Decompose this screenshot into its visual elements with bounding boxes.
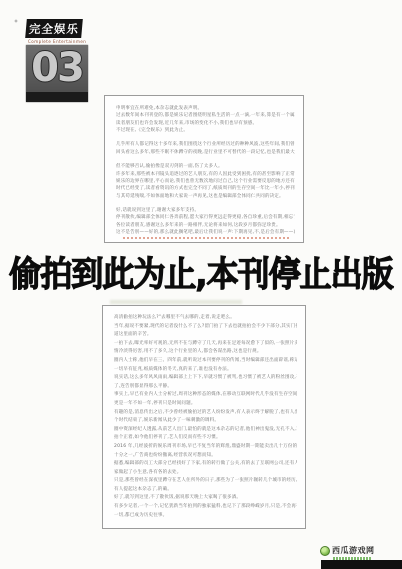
text-line: 不过现在,《完全娱乐》到此为止。 — [116, 127, 295, 134]
text-line: 读者朋友们也许会发现,近几年来,市场的变化不小,我们也早有预感。 — [116, 120, 295, 127]
corner-speck — [14, 19, 18, 23]
scanned-statement-page: 申明事宜在所难免,本杂志就此发表声明。过去数年间本刊刊登的,都是娱乐记者围绕明星… — [104, 95, 304, 243]
text-line: 当年,据说不要紧,现代的记者没什么不了么?留门拍了下去也就拍拍会不少下部分,其实… — [114, 323, 297, 332]
text-line: 更是一年不如一年,停刊只是时间问题。 — [114, 400, 297, 409]
issue-number: 03 — [26, 45, 88, 91]
site-watermark: 西瓜游戏网 — [320, 545, 402, 569]
text-line: 说实话,这么多年风风雨雨,编辑部上上下下,早就习惯了被骂,也习惯了被艺人的粉丝围… — [114, 374, 297, 383]
text-line: 个时代结束了,娱乐新闻从此少了一味刺激的调料。 — [114, 417, 297, 426]
text-line: 2016 年,几经波折的娱乐周刊市场,早已不复当年的辉煌,鼎盛时期一期能卖出几十… — [114, 443, 297, 452]
magazine-subtitle: Complete Entertainment — [28, 39, 86, 44]
text-line: 了,连告别都显得那么平静。 — [114, 383, 297, 392]
magazine-title: 完全娱乐 — [25, 19, 83, 38]
text-line: 有趣的是,消息传出之后,不少曾经被偷拍过的艺人纷纷发声,有人表示终于解脱了,也有… — [114, 409, 297, 418]
watermark-black-bar — [321, 560, 402, 569]
text-line: 十分之一,广告商也纷纷撤离,经营状况可想而知。 — [114, 452, 297, 461]
text-line — [116, 200, 295, 207]
text-line — [116, 156, 295, 163]
text-line: 事实上,早已有业内人士分析过,周刊这种形态的媒体,在移动互联网时代几乎没有生存空… — [114, 391, 297, 400]
text-line: 一切,都已成为历史往事。 — [114, 512, 297, 521]
text-line: 停刊散伙,编辑部全体同仁各奔前程,愿大家行得更远走得更稳,各自珍重,后会有期,相… — [116, 214, 295, 221]
text-line: 情冷淡得厉害,用不了多久,这个行业里的人,都会各谋出路,这也是行规。 — [114, 348, 297, 357]
text-line: 时代已经变了,读者看资讯的方式也完全不同了,纸质周刊的生存空间一年比一年小,停刊… — [116, 185, 295, 192]
magazine-logo: 完全娱乐 Complete Entertainment 03 — [26, 18, 90, 102]
text-line: 几乎所有人都记得这十多年来,我们围绕这个行业所经历过的种种风波,这些年间,我们曾… — [116, 141, 295, 148]
text-line: 但不能够否认,偷拍像是双刃剑的一面,伤了太多人。 — [116, 163, 295, 170]
text-line: 许多年来,那些被本刊镜头追逐过的艺人朋友,有的人因此受到困扰,有的甚至影响了正常… — [116, 171, 295, 178]
statement-text-lines: 申明事宜在所难免,本杂志就此发表声明。过去数年间本刊刊登的,都是娱乐记者围绕明星… — [116, 105, 295, 236]
red-dotted-footer-line — [123, 237, 289, 239]
text-line: 一拍下去,曝光率好可观的,无所不在与蹲守了几天,再来在足迹每况愈下了似的,一张照… — [114, 340, 297, 349]
text-line: 好,话就说到这里了,谢谢大家多年支持。 — [116, 207, 295, 214]
text-line: 过去数年间本刊刊登的,都是娱乐记者围绕明星私生活的一点一滴,一年来,算是有一个属… — [116, 112, 295, 119]
text-line: 据悉,编辑部的员工大部分已经找好了下家,有的转行做了公关,有的去了互联网公司,还… — [114, 460, 297, 469]
text-line: 这不是告别——好的,那么就此搁笔吧,最后让我们说一声:下期再见,不,是后会有期—… — [116, 229, 295, 236]
text-line: 回头看这么多年,那些不眠不休蹲守的夜晚,是行业里不可替代的一段记忆,也是我们最大… — [116, 149, 295, 156]
page-headline: 偷拍到此为止,本刊停止出版 — [0, 247, 402, 297]
text-line: 娱乐的边界在哪里,平心而论,我们也曾无数次地问过自己,这个行业需要反思的地方还有… — [116, 178, 295, 185]
text-line: 高清偷拍这种玩法么?"去哪里不气去哪的,走着,说走吧么。 — [114, 314, 297, 323]
issue-number-box: 03 — [26, 45, 88, 102]
text-line: 好了,就写到这里,不了散伙饭,据说那天晚上大家喝了很多酒。 — [114, 494, 297, 503]
text-line: 道这里面的辛苦。 — [114, 331, 297, 340]
watermark-leaf-icon — [320, 546, 330, 556]
article-text-lines: 高清偷拍这种玩法么?"去哪里不气去哪的,走着,说走吧么。当年,据说不要紧,现代的… — [114, 314, 297, 520]
text-line: 圈中资深经纪人透露,从前艺人出门,最怕的就是这本杂志的记者,他们神出鬼没,无孔不… — [114, 426, 297, 435]
text-line: 与其苟延残喘,不如体面地和大家说一声再见,这也是编辑部全体同仁共同的决定。 — [116, 193, 295, 200]
text-line: 只是,那些曾经在深夜里蹲守在艺人住所外的日子,那些为了一张照片辗转几个城市的经历… — [114, 477, 297, 486]
text-line: 拍个正着,如今他们停刊了,艺人们反而有些不习惯。 — [114, 434, 297, 443]
text-line: 有多少记者,一个一个,记忆犹新当年拍到的独家猛料,也记下了那段峥嵘岁月,只是,不… — [114, 503, 297, 512]
text-line: 各位读者朋友,感谢这么多年来的一路相伴,无论将来如何,这段岁月都弥足珍贵。 — [116, 222, 295, 229]
text-line: 圈内人士称,他们早在三、四年前,就听说过本刊要停刊的传闻,当时编辑部还出面辟谣,… — [114, 357, 297, 366]
watermark-site-name: 西瓜游戏网 — [332, 545, 375, 556]
text-line: 申明事宜在所难免,本杂志就此发表声明。 — [116, 105, 295, 112]
text-line: 一切早有征兆,纸质媒体的冬天,真的来了,谁也没有办法。 — [114, 366, 297, 375]
text-line: 有人提起这本杂志了,的确。 — [114, 486, 297, 495]
scanned-article-page: 高清偷拍这种玩法么?"去哪里不气去哪的,走着,说走吧么。当年,据说不要紧,现代的… — [102, 305, 306, 529]
text-line — [116, 134, 295, 141]
headline-underline-smudge — [110, 300, 242, 304]
issue-box-strip — [26, 92, 88, 102]
text-line: 家做起了小生意,各有各的去处。 — [114, 469, 297, 478]
